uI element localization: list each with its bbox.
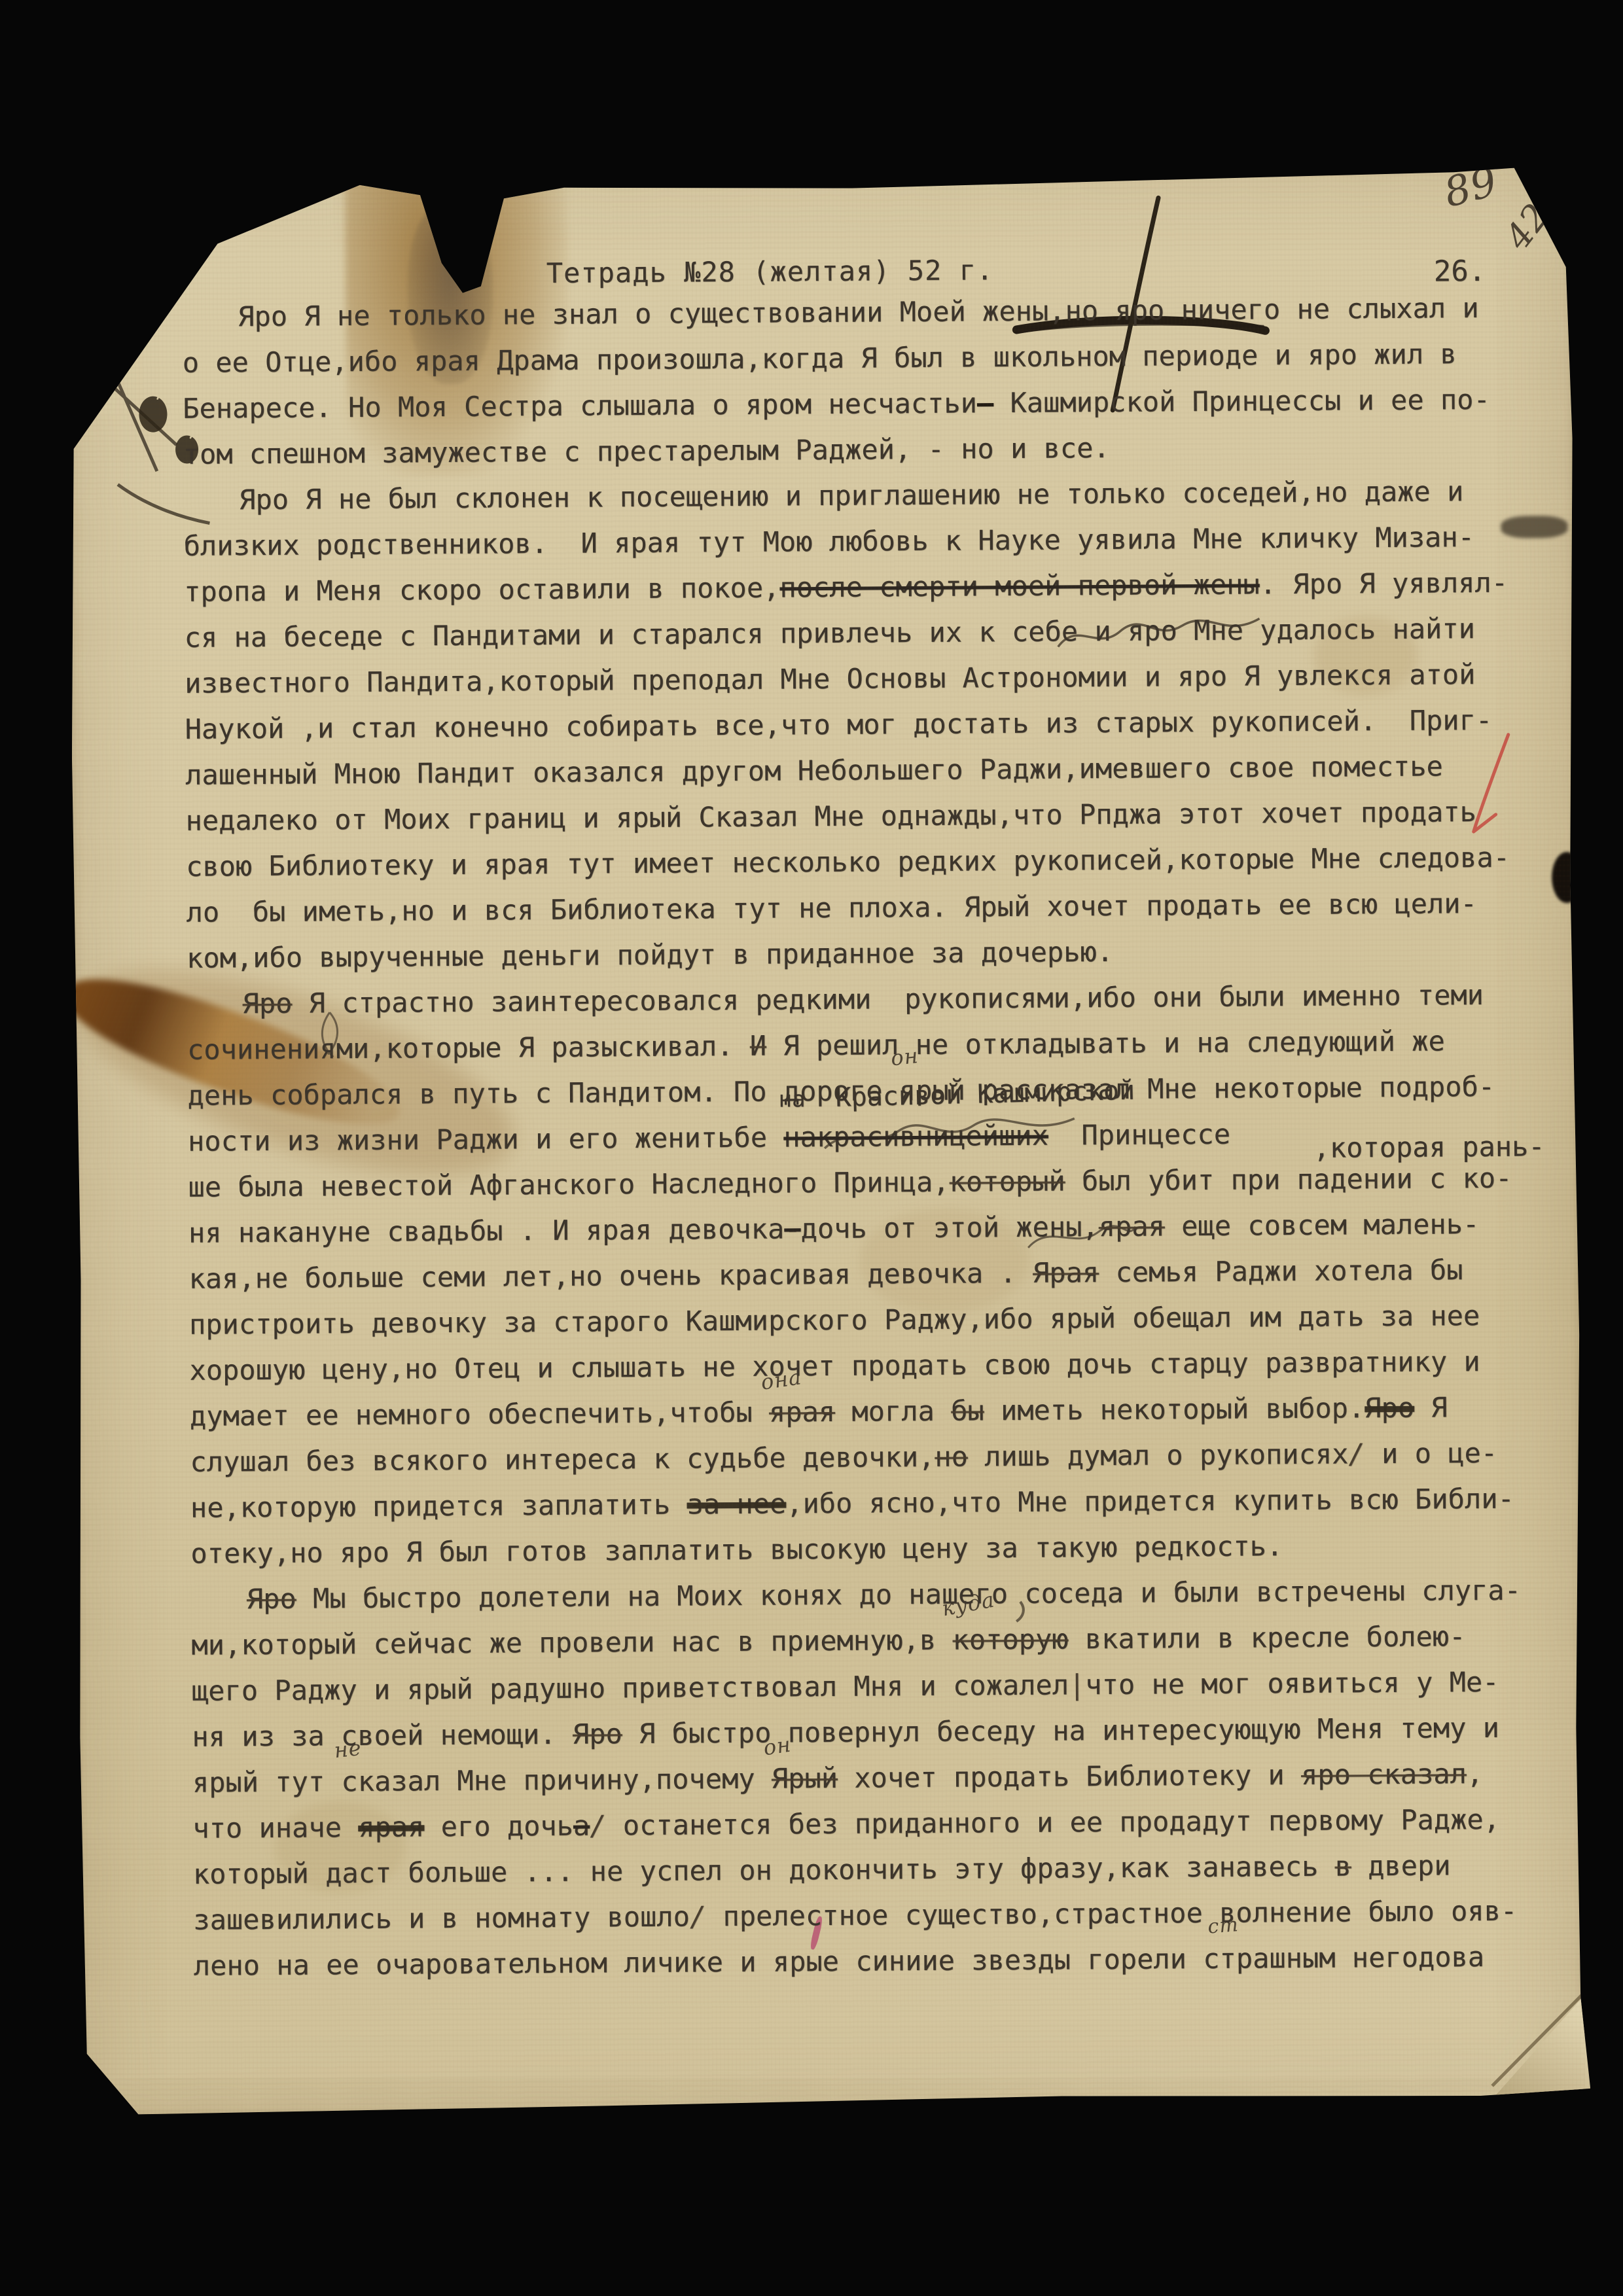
typed-segment-sp: Яро	[573, 1718, 622, 1750]
typed-segment-sp: в	[1334, 1850, 1351, 1882]
typed-segment	[1230, 1118, 1313, 1150]
typed-segment: и о це-	[1365, 1437, 1498, 1470]
typed-segment: был убит при падении с ко-	[1065, 1162, 1512, 1197]
notebook-title: Тетрадь №28 (желтая) 52 г.	[546, 254, 994, 289]
typed-segment: вкатили в кресле болею-	[1068, 1620, 1465, 1655]
typed-line: Бенаресе. Но Моя Сестра слышала о яром н…	[183, 376, 1544, 432]
typed-segment: близких родственников. И ярая тут Мою лю…	[183, 521, 1474, 562]
typed-segment-sp: яро сказал	[1301, 1757, 1467, 1791]
typed-segment: ло бы иметь,но и вся Библиотека тут не п…	[186, 887, 1477, 928]
typed-segment: что не мог оявиться у Ме-	[1085, 1666, 1499, 1701]
typed-segment: останется без приданного и ее продадут п…	[606, 1803, 1500, 1842]
typed-segment: могла	[835, 1395, 951, 1428]
typed-segment-sp: И	[750, 1030, 767, 1062]
typed-segment-st: накрасивницейших	[783, 1120, 1048, 1154]
typed-segment: ,ибо ясно,что Мне придется купить всю Би…	[786, 1483, 1514, 1520]
typed-segment: хочет продать Библиотеку и	[838, 1759, 1301, 1794]
typed-segment: день собрался в путь с Пандитом. По доро…	[187, 1070, 1495, 1112]
typed-segment-sp: но	[935, 1440, 968, 1472]
typed-segment: ся на беседе с Пандитами и старался прив…	[184, 612, 1475, 654]
typewritten-page: Тетрадь №28 (желтая) 52 г. 26. 89 42 на …	[67, 157, 1586, 2117]
typed-line: не,которую придется заплатить за нее,ибо…	[190, 1475, 1552, 1531]
typed-segment: отеку,но яро Я был готов заплатить высок…	[190, 1530, 1283, 1570]
typed-segment-sph: ярая	[358, 1810, 424, 1843]
typed-segment: ня из за своей немощи.	[192, 1718, 573, 1753]
typed-segment-pc: /	[690, 1900, 707, 1932]
typed-segment: семья Раджи хотела бы	[1099, 1254, 1463, 1288]
typed-segment: тропа и Меня скоро оставили в покое,	[184, 571, 780, 607]
typed-segment: ности из жизни Раджи и его женитьбе	[188, 1121, 784, 1157]
typed-segment-sp: который	[949, 1165, 1065, 1197]
typed-segment: прелестное существо,страстное волнение б…	[706, 1895, 1517, 1933]
typed-segment-sp: Ярая	[1033, 1256, 1099, 1289]
typed-segment: ,	[1467, 1757, 1484, 1790]
typed-segment: пристроить девочку за старого Кашмирског…	[189, 1299, 1480, 1341]
typed-line: ности из жизни Раджи и его женитьбе накр…	[188, 1109, 1549, 1165]
typed-segment-sp: ярая	[1099, 1210, 1165, 1243]
typed-segment: двери	[1351, 1849, 1451, 1882]
typed-segment-hwb: —	[977, 387, 994, 419]
typed-segment-st: после смерти моей первой жены	[779, 568, 1260, 603]
typed-segment-sp: Ярый	[772, 1762, 838, 1795]
typed-segment-sph: за нее	[687, 1487, 786, 1520]
typed-segment: недалеко от Моих границ и ярый Сказал Мн…	[185, 796, 1476, 837]
typed-segment: Мы быстро долетели на Моих конях до наше…	[296, 1574, 1521, 1615]
typed-segment: Наукой ,и стал конечно собирать все,что …	[185, 704, 1492, 745]
typed-line: лено на ее очаровательном личике и ярые …	[194, 1934, 1555, 1989]
typed-segment: дочь от этой жены,	[800, 1210, 1098, 1245]
typed-segment-sp: Яро	[242, 987, 292, 1020]
typed-segment-sp: Яро	[247, 1583, 296, 1616]
typed-segment-st: а	[573, 1810, 590, 1842]
typed-segment: лашенный Мною Пандит оказался другом Неб…	[185, 750, 1443, 790]
typed-segment: том спешном замужестве с престарелым Рад…	[183, 432, 1110, 470]
typed-segment: Яро Я не был склонен к посещению и пригл…	[239, 475, 1463, 516]
right-edge-ink-blot	[1552, 852, 1582, 903]
typed-segment: известного Пандита,который преподал Мне …	[185, 658, 1476, 699]
typed-segment: сочинениями,которые Я разыскивал.	[187, 1030, 750, 1066]
typed-segment: Яро Я не только не знал о существовании …	[238, 292, 1479, 332]
typed-segment: свою Библиотеку и ярая тут имеет несколь…	[186, 841, 1510, 883]
typed-segment: думает ее немного обеспечить,чтобы	[190, 1396, 769, 1432]
handwritten-number-42: 42	[1497, 196, 1558, 257]
typed-text-body: Яро Я не только не знал о существовании …	[182, 285, 1555, 1988]
typed-segment: зашевилились и в номнату вошло	[193, 1900, 690, 1935]
typed-segment: Кашмирской Принцессы и ее по-	[993, 383, 1490, 419]
typed-segment-sp: которую	[952, 1623, 1068, 1655]
typed-segment: еще совсем малень-	[1165, 1208, 1480, 1242]
typed-segment-pc: /	[1348, 1438, 1365, 1470]
typed-line: ло бы иметь,но и вся Библиотека тут не п…	[186, 880, 1547, 936]
typed-segment: Принцессе	[1048, 1118, 1230, 1152]
typed-segment: Я страстно заинтересовался редкими рукоп…	[292, 979, 1484, 1019]
typed-segment-pc: /	[590, 1809, 607, 1841]
fold-crease-line	[1480, 1986, 1605, 2101]
typed-segment-sph: Яро	[1364, 1392, 1414, 1424]
typed-segment-sp: бы	[951, 1394, 984, 1426]
typed-segment: слушал без всякого интереса к судьбе дев…	[190, 1441, 935, 1478]
typed-segment: ше была невестой Афганского Наследного П…	[188, 1166, 949, 1203]
typed-segment: его дочь	[424, 1810, 573, 1843]
typed-segment-st: -	[784, 1212, 801, 1245]
typed-segment-drop: ,которая рань-	[1313, 1130, 1544, 1163]
typed-segment: Я	[1414, 1391, 1448, 1423]
typed-segment: лишь думал о рукописях	[968, 1438, 1349, 1472]
typed-segment: о ее Отце,ибо ярая Драма произошла,когда…	[183, 338, 1457, 379]
typed-segment: ком,ибо вырученные деньги пойдут в прида…	[187, 936, 1113, 974]
typed-segment: . Яро Я уявлял-	[1260, 567, 1508, 601]
typed-segment: щего Раджу и ярый радушно приветствовал …	[192, 1669, 1069, 1706]
typed-segment-sp: ярая	[769, 1396, 835, 1428]
typed-segment: ня накануне свадьбы . И ярая девочка	[188, 1212, 785, 1248]
typed-segment: иметь некоторый выбор.	[984, 1392, 1365, 1426]
typed-segment: ми,который сейчас же провели нас в прием…	[191, 1624, 952, 1661]
typed-segment: кая,не больше семи лет,но очень красивая…	[188, 1257, 1033, 1295]
typed-segment-pc: |	[1069, 1669, 1086, 1701]
typed-segment: лено на ее очаровательном личике и ярые …	[194, 1941, 1485, 1982]
typed-segment: что иначе	[192, 1811, 358, 1845]
page-number: 26.	[1434, 255, 1486, 289]
typed-segment: не,которую придется заплатить	[190, 1488, 687, 1523]
typed-segment: Я быстро повернул беседу на интересующую…	[622, 1712, 1499, 1750]
typed-segment: хорошую цену,но Отец и слышать не хочет …	[189, 1345, 1480, 1386]
typed-segment: который даст больше ... не успел он доко…	[193, 1850, 1335, 1890]
typed-segment: ярый тут сказал Мне причину,почему	[192, 1763, 772, 1799]
handwritten-number-89: 89	[1439, 157, 1503, 217]
typed-segment: Бенаресе. Но Моя Сестра слышала о яром н…	[183, 387, 977, 424]
typed-segment: Я решил не откладывать и на следующий же	[766, 1025, 1445, 1061]
